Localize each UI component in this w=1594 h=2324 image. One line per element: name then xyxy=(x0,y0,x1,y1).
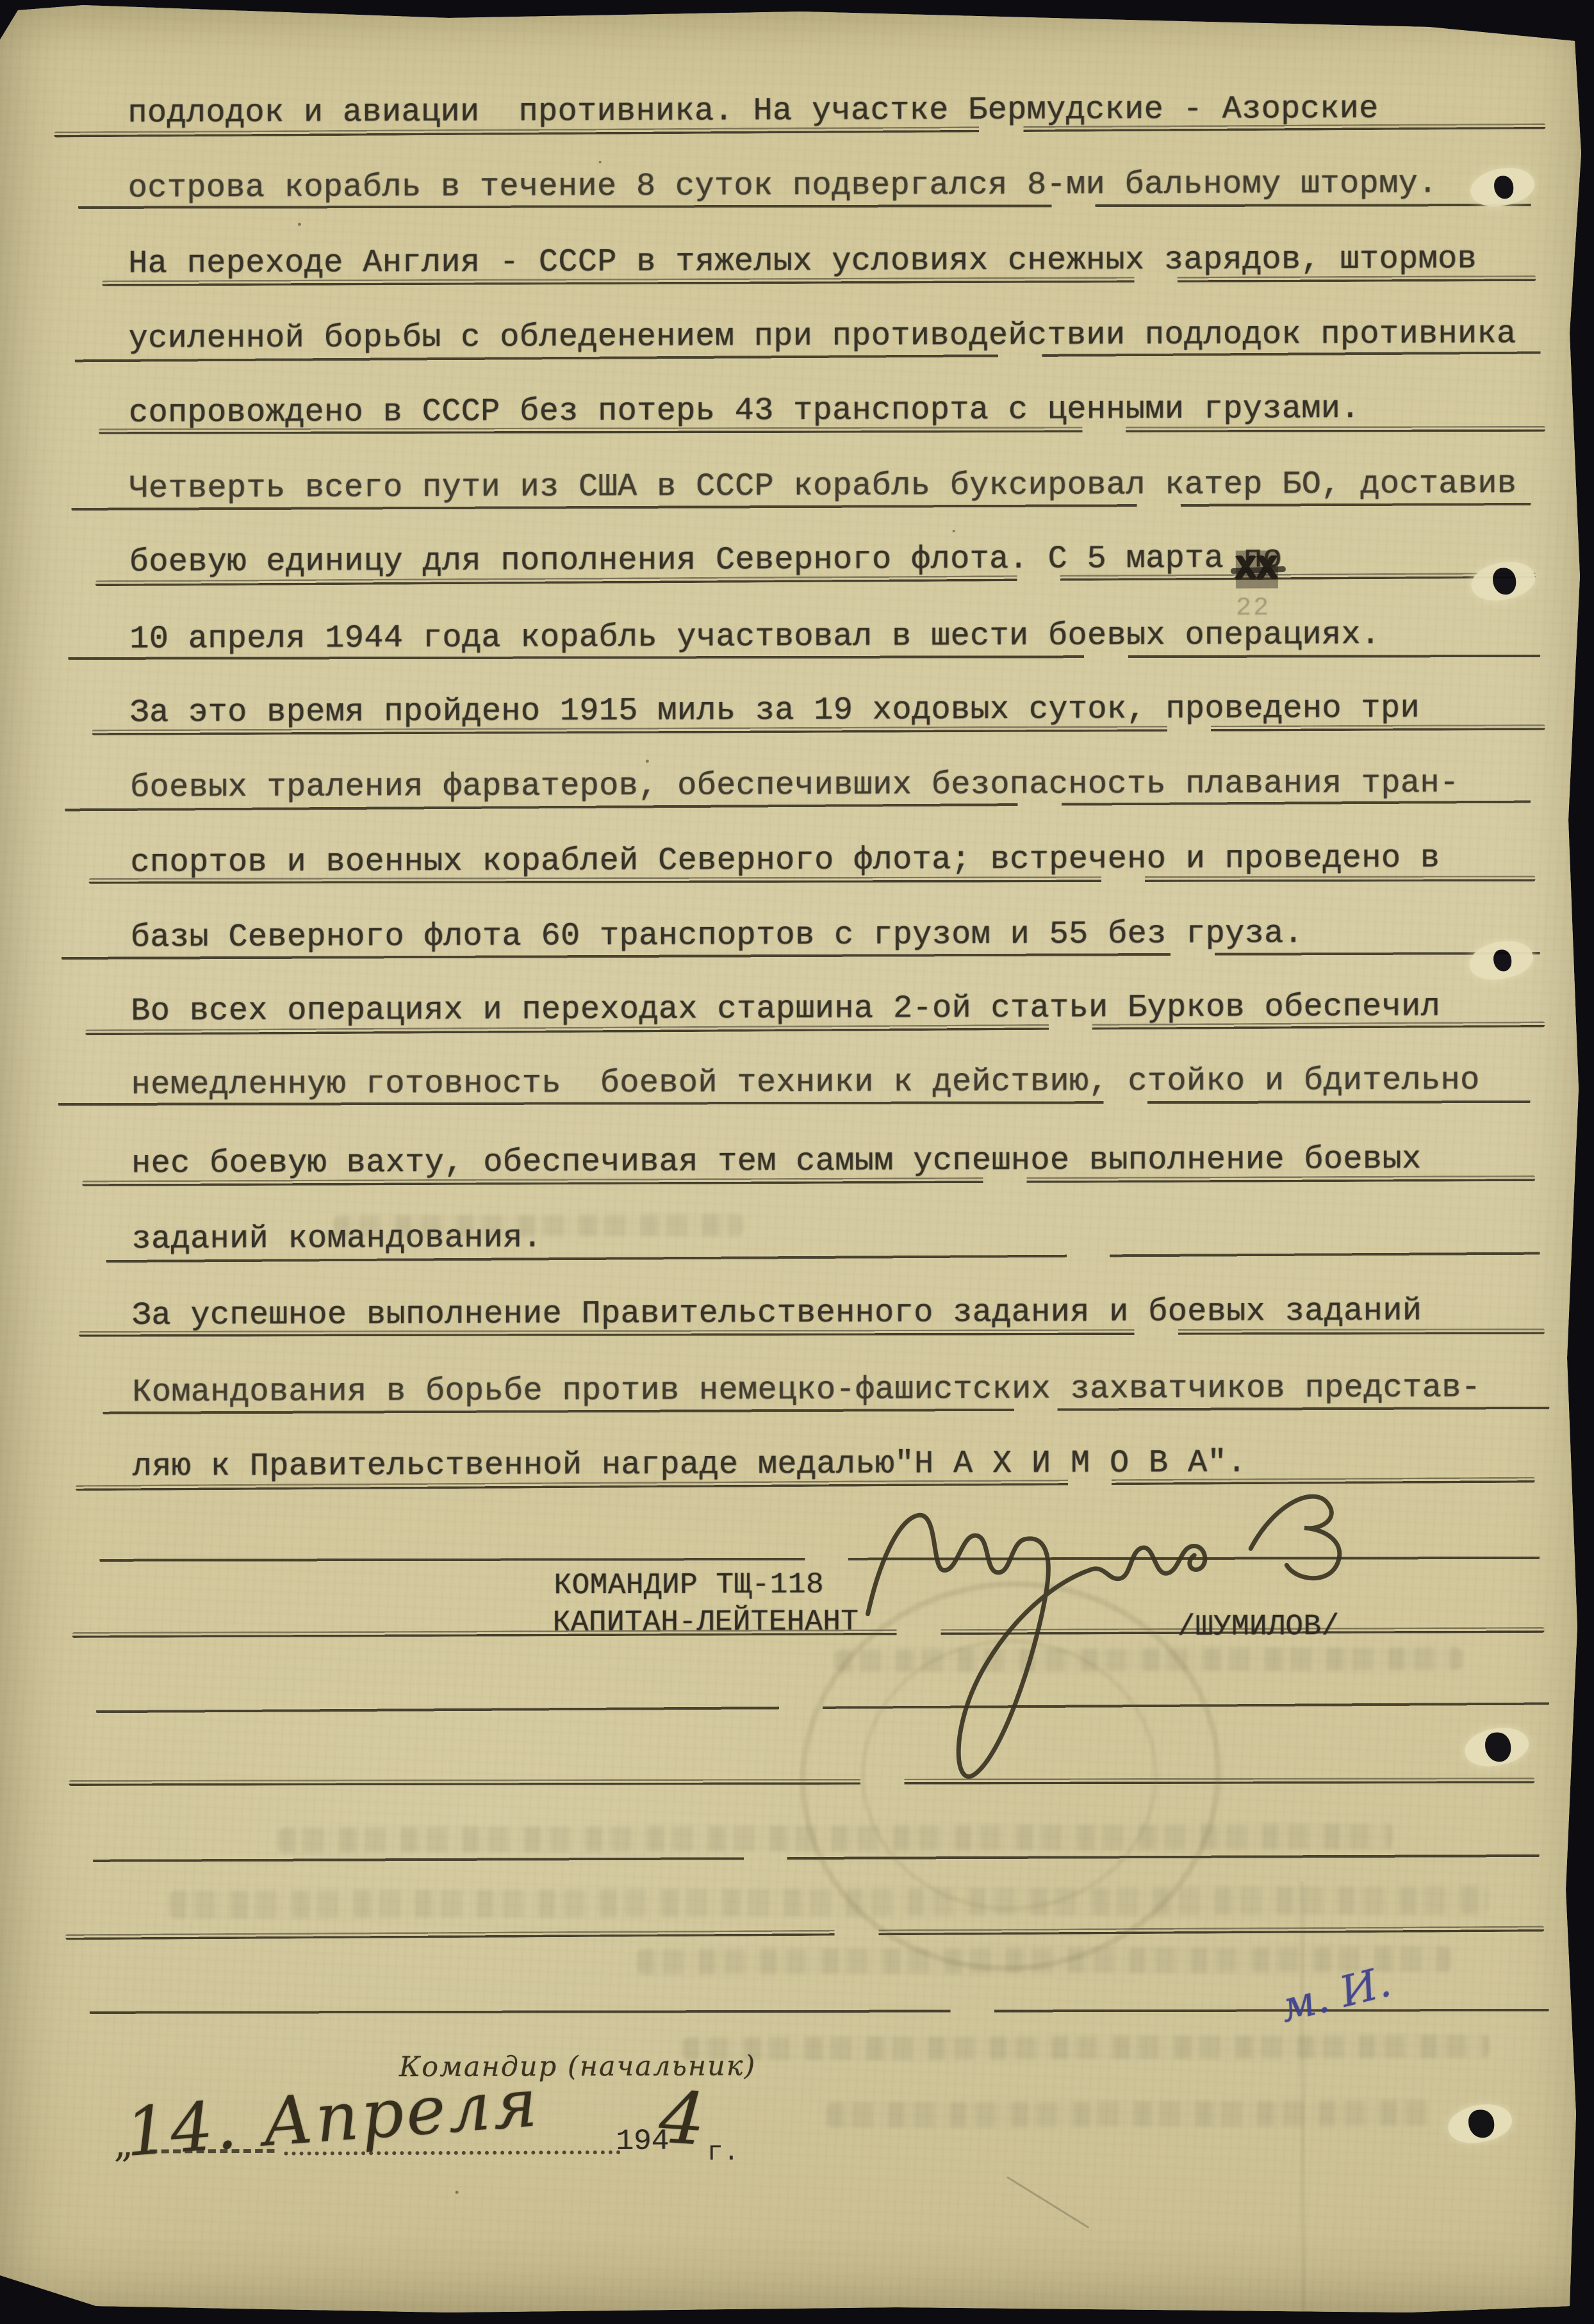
bleedthrough-smudge xyxy=(333,1214,743,1237)
bleedthrough-smudge xyxy=(169,1886,1489,1919)
commander-role-line2: КАПИТАН-ЛЕЙТЕНАНТ xyxy=(552,1605,859,1640)
handwritten-year-digit: 4 xyxy=(657,2075,708,2161)
typed-line: нес боевую вахту, обеспечивая тем самым … xyxy=(131,1142,1422,1183)
bleedthrough-smudge xyxy=(682,2034,1490,2060)
typed-year-suffix: г. xyxy=(707,2137,739,2168)
ruled-line xyxy=(99,1554,1540,1562)
typed-line: За успешное выполнение Правительственног… xyxy=(132,1293,1422,1335)
page-content: подлодок и авиации противника. На участк… xyxy=(0,0,1594,2324)
typed-line: спортов и военных кораблей Северного фло… xyxy=(130,840,1440,881)
paper-crease xyxy=(1298,1881,1307,2322)
date-dotted-line xyxy=(284,2150,620,2156)
ink-speck xyxy=(298,223,301,226)
erased-typed-digits: 22 xyxy=(1236,594,1270,623)
date-dash-line xyxy=(149,2149,274,2154)
typed-line: На переходе Англия - СССР в тяжелых усло… xyxy=(128,241,1477,282)
typed-line: Командования в борьбе против немецко-фаш… xyxy=(132,1370,1481,1411)
ink-speck xyxy=(953,530,955,532)
hole-dark-center xyxy=(1492,568,1516,595)
typed-line: 10 апреля 1944 года корабль участвовал в… xyxy=(129,617,1381,659)
typed-text-layer: подлодок и авиации противника. На участк… xyxy=(0,0,1590,3)
ink-speck xyxy=(456,2191,459,2194)
ink-bleedthrough-layer xyxy=(0,0,1590,3)
bleedthrough-smudge xyxy=(826,2100,1429,2128)
document-page: подлодок и авиации противника. На участк… xyxy=(0,0,1594,2324)
paper-scratch xyxy=(1007,2176,1089,2229)
commander-surname: /ШУМИЛОВ/ xyxy=(1177,1610,1339,1644)
typed-line: ляю к Правительственной награде медалью"… xyxy=(133,1445,1247,1486)
typed-line: немедленную готовность боевой техники к … xyxy=(131,1062,1480,1104)
typed-line: Четверть всего пути из США в СССР корабл… xyxy=(129,466,1516,508)
typed-line: базы Северного флота 60 транспортов с гр… xyxy=(131,915,1303,956)
hole-dark-center xyxy=(1468,2109,1495,2138)
typed-line: боевую единицу для пополнения Северного … xyxy=(129,540,1283,581)
handwritten-date: 14. Апреля xyxy=(123,2063,543,2172)
faint-round-stamp-inner xyxy=(860,1639,1158,1911)
typed-line: острова корабль в течение 8 суток подвер… xyxy=(128,166,1438,208)
commander-role-line1: КОМАНДИР ТЩ-118 xyxy=(554,1568,824,1602)
typed-line: За это время пройдено 1915 миль за 19 хо… xyxy=(129,691,1420,732)
ruled-line xyxy=(65,1926,1544,1940)
hole-dark-center xyxy=(1494,176,1514,199)
typed-line: подлодок и авиации противника. На участк… xyxy=(127,91,1379,133)
typed-line: усиленной борьбы с обледенением при прот… xyxy=(128,316,1516,358)
typed-line: боевых траления фарватеров, обеспечивших… xyxy=(130,765,1459,806)
ink-speck xyxy=(646,760,649,763)
scanned-document: подлодок и авиации противника. На участк… xyxy=(0,0,1594,2324)
typed-line: сопровождено в СССР без потерь 43 трансп… xyxy=(129,391,1360,432)
ink-speck xyxy=(599,161,602,163)
typed-line: Во всех операциях и переходах старшина 2… xyxy=(131,988,1440,1030)
hole-dark-center xyxy=(1484,1732,1511,1762)
hole-dark-center xyxy=(1493,949,1512,972)
ruled-lines-layer xyxy=(0,0,1590,3)
